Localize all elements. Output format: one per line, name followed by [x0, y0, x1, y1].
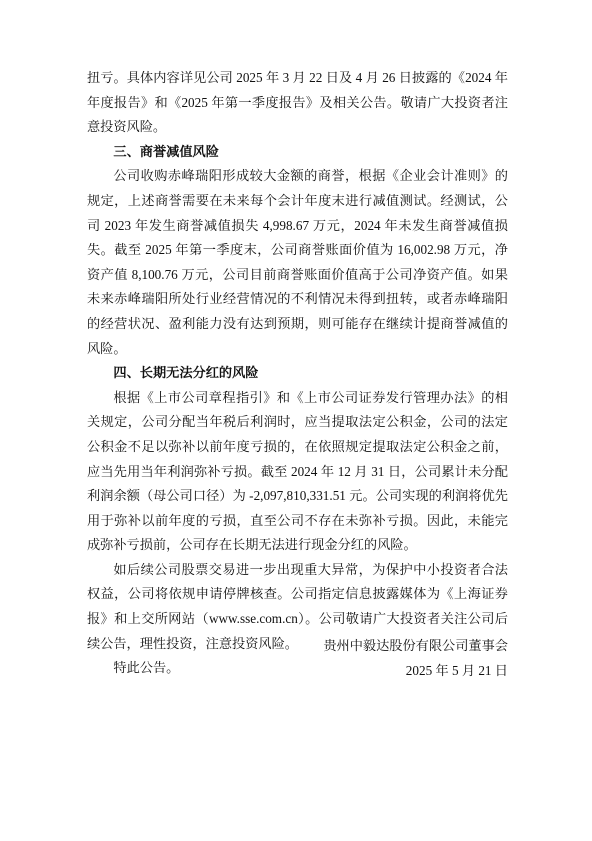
paragraph-intro: 扭亏。具体内容详见公司 2025 年 3 月 22 日及 4 月 26 日披露的… — [87, 66, 508, 140]
signature-date: 2025 年 5 月 21 日 — [323, 659, 508, 684]
paragraph-dividend-risk: 根据《上市公司章程指引》和《上市公司证券发行管理办法》的相关规定，公司分配当年税… — [87, 386, 508, 558]
section-heading-dividend: 四、长期无法分红的风险 — [87, 361, 508, 386]
section-heading-goodwill: 三、商誉减值风险 — [87, 140, 508, 165]
document-body: 扭亏。具体内容详见公司 2025 年 3 月 22 日及 4 月 26 日披露的… — [87, 66, 508, 681]
signature-block: 贵州中毅达股份有限公司董事会 2025 年 5 月 21 日 — [323, 634, 508, 683]
signature-company: 贵州中毅达股份有限公司董事会 — [323, 634, 508, 659]
paragraph-goodwill-risk: 公司收购赤峰瑞阳形成较大金额的商誉，根据《企业会计准则》的规定，上述商誉需要在未… — [87, 164, 508, 361]
